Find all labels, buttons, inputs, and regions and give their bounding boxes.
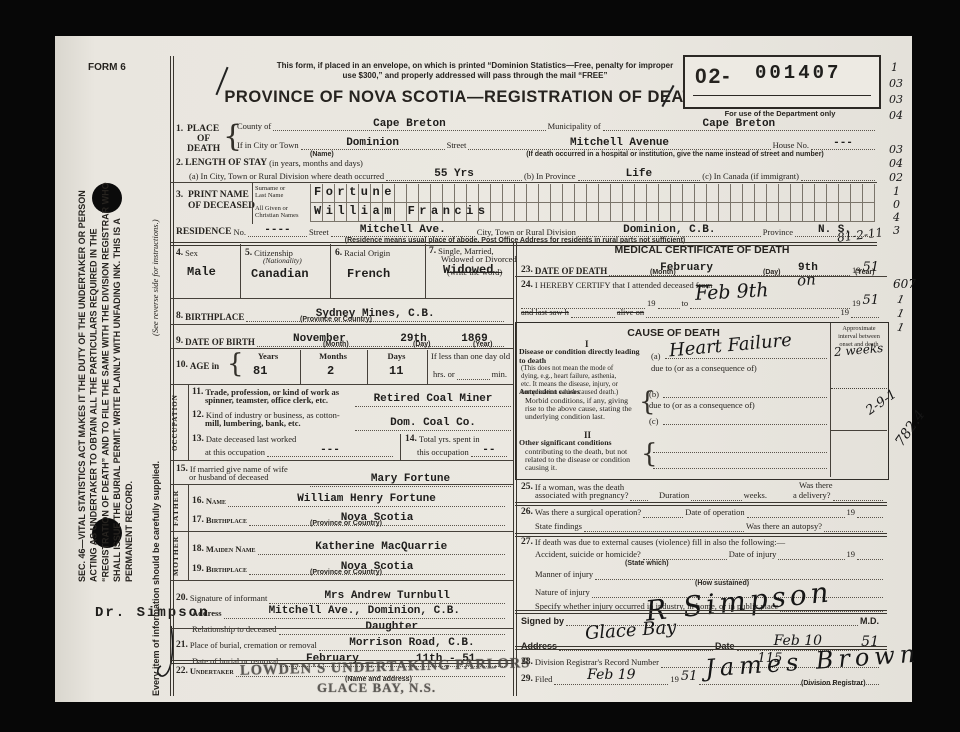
s27-intro-row: 27.If death was due to external causes (… [521, 537, 787, 548]
row-divider [170, 484, 513, 485]
serial-number: 001407 [755, 63, 841, 84]
mother-name-row: 18. Maiden Name Katherine MacQuarrie [192, 536, 507, 555]
certify-label: I HEREBY CERTIFY that I attended decease… [535, 281, 694, 291]
s1-number: 1. [176, 124, 183, 135]
row-divider [170, 324, 513, 325]
serial-box: 02- 001407 [683, 55, 881, 109]
s19-number: 19. [192, 564, 204, 575]
cell-divider [400, 434, 401, 460]
s11-number: 11. [192, 387, 203, 398]
residence-city-value: Dominion, C.B. [623, 224, 715, 236]
external-causes-intro: If death was due to external causes (vio… [535, 538, 785, 548]
s3-number: 3. [176, 190, 183, 201]
age-months-value: 2 [327, 365, 334, 378]
street-value: Mitchell Avenue [570, 137, 669, 149]
residence-no-label: No. [233, 228, 246, 238]
page-title: PROVINCE OF NOVA SCOTIA—REGISTRATION OF … [205, 88, 725, 106]
delivery-label: a delivery? [793, 491, 831, 501]
certify-to-date-handwritten: Feb 9th [694, 280, 769, 305]
racial-origin-label: Racial Origin [344, 249, 390, 259]
city-street-row: If in City or Town Dominion Street Mitch… [237, 137, 877, 150]
residence-street-label: Street [309, 228, 329, 238]
certificate-paper: FORM 6 This form, if placed in an envelo… [55, 36, 912, 702]
age-years-label: Years [237, 352, 299, 362]
house-no-value: --- [833, 137, 853, 149]
county-row: County of Cape Breton Municipality of Ca… [237, 118, 877, 131]
s23-number: 23. [521, 265, 533, 276]
age-days-value: 11 [389, 365, 403, 378]
age-cell-divider [300, 350, 301, 384]
last-saw-struck: and last saw h [521, 308, 569, 318]
total-years-value: -- [482, 444, 495, 456]
s18-number: 18. [192, 544, 204, 555]
residence-row: RESIDENCE No. ---- Street Mitchell Ave. … [176, 224, 876, 237]
cause-due-to-2: due to (or as a consequence of) [649, 401, 755, 411]
injury-year-prefix: 19 [847, 550, 856, 560]
s15-number: 15. [176, 464, 188, 475]
house-no-label: House No. [773, 141, 809, 151]
cause-b-line [663, 397, 827, 398]
s29-number: 29. [521, 674, 533, 685]
s12-number: 12. [192, 410, 204, 421]
occupation-vertical-label: OCCUPATION [172, 386, 187, 460]
scanned-death-certificate: { "common": { "yr19": "19", "month_cap":… [0, 0, 960, 732]
county-label: County of [237, 122, 271, 132]
cause-c-line [663, 424, 827, 425]
mother-divider [188, 531, 189, 580]
filed-year-value: 51 [681, 670, 698, 685]
margin-note: 04 [889, 110, 903, 122]
last-saw-row: and last saw h alive on 19 [521, 308, 881, 318]
s8-number: 8. [176, 311, 183, 322]
injury-date-label: Date of injury [729, 550, 777, 560]
row-divider [170, 348, 513, 349]
margin-note: 03 [889, 144, 903, 156]
s24-number: 24. [521, 280, 533, 291]
manner-label: Manner of injury [535, 570, 593, 580]
filed-date-value: Feb 19 [587, 667, 635, 683]
given-names-value: William Francis [314, 205, 490, 218]
mail-notice-line2: use $300,” and properly addressed will p… [230, 72, 720, 81]
residence-no-value: ---- [264, 224, 290, 236]
residence-label: RESIDENCE [176, 227, 231, 238]
state-which-caption: (State which) [625, 560, 669, 568]
last-worked-value: --- [320, 444, 340, 456]
mother-vertical-label: MOTHER [172, 534, 187, 578]
occupation-divider [188, 384, 189, 460]
other-line-2 [653, 468, 827, 469]
date-of-birth-label: DATE OF BIRTH [185, 337, 255, 347]
stay-a-label: (a) In City, Town or Rural Division wher… [189, 172, 384, 182]
father-name-row: 16. Name William Henry Fortune [192, 488, 507, 507]
s14-label-2: this occupation [417, 448, 469, 458]
findings-row: State findings Was there an autopsy? [535, 522, 885, 532]
s16-number: 16. [192, 496, 204, 507]
row-divider [170, 298, 513, 299]
s5-number: 5. [245, 248, 252, 259]
age-years-value: 81 [253, 365, 267, 378]
other-line-1 [653, 452, 827, 453]
autopsy-label: Was there an autopsy? [746, 522, 822, 532]
age-days-label: Days [369, 352, 424, 362]
s25-duration-row: Durationweeks. [659, 491, 769, 501]
form-left-border [170, 56, 174, 696]
certify-row: 24. I HEREBY CERTIFY that I attended dec… [521, 280, 714, 291]
s20-number: 20. [176, 593, 188, 604]
margin-note: 3 [893, 225, 900, 237]
row-divider [170, 580, 513, 581]
surname-sublabel-1: Surname or [255, 185, 285, 192]
age-less-label: If less than one day old [431, 352, 510, 362]
cause-b-label: (b) [649, 390, 659, 400]
alive-on-struck: alive on [617, 308, 644, 318]
citizenship-value: Canadian [251, 268, 309, 281]
accident-label: Accident, suicide or homicide? [535, 550, 641, 560]
s27-number: 27. [521, 537, 533, 548]
signed-by-row: Signed by M.D. [521, 616, 881, 626]
date-of-death-label: DATE OF DEATH [535, 266, 607, 276]
age-min-label: min. [492, 370, 507, 380]
s26-row: 26. Was there a surgical operation? Date… [521, 507, 885, 518]
residence-province-value: N. S. [818, 224, 851, 236]
marital-value: Widowed [443, 264, 493, 277]
father-birthplace-caption: (Province or Country) [310, 520, 382, 528]
medical-certificate-title: MEDICAL CERTIFICATE OF DEATH [517, 245, 887, 257]
interval-column-divider [830, 323, 831, 477]
cell-divider [330, 244, 331, 298]
s1-label-3: DEATH [187, 144, 220, 155]
name-box-top [170, 182, 877, 183]
age-label-cell: 10.AGE in [176, 360, 221, 371]
section-divider [515, 502, 887, 506]
s2-number: 2. [176, 158, 183, 169]
cell-divider [240, 244, 241, 298]
age-cell-divider [367, 350, 368, 384]
mail-notice-line1: This form, if placed in an envelope, on … [230, 62, 720, 71]
serial-prefix: 02- [695, 65, 731, 89]
father-birthplace-label: Birthplace [206, 516, 247, 526]
s25-number: 25. [521, 482, 533, 493]
operation-year-prefix: 19 [847, 508, 856, 518]
county-value: Cape Breton [373, 118, 446, 130]
citizenship-paren: (Nationality) [263, 257, 302, 265]
section-divider [515, 610, 887, 614]
margin-782-4: 782.4 [893, 408, 929, 450]
margin-note: 03 [889, 94, 903, 106]
s14-row2: this occupation-- [417, 444, 509, 457]
given-sublabel: All Given or Christian Names [255, 205, 299, 220]
s3-label-2: OF DECEASED [188, 201, 255, 212]
city-value: Dominion [346, 137, 399, 149]
form-number: FORM 6 [88, 62, 126, 73]
residence-province-label: Province [763, 228, 793, 238]
manner-row: Manner of injury [535, 570, 885, 580]
margin-note: 03 [889, 78, 903, 90]
s10-number: 10. [176, 360, 188, 371]
birthplace-label: BIRTHPLACE [185, 312, 244, 322]
age-cell-divider [427, 350, 428, 384]
surname-sublabel: Surname or Last Name [255, 185, 285, 200]
cause-a-label: (a) [651, 352, 660, 362]
s17-number: 17. [192, 515, 204, 526]
age-months-label: Months [302, 352, 364, 362]
s15-label-2: or husband of deceased [189, 473, 269, 483]
disease-label: Disease or condition directly leading to… [519, 348, 647, 365]
stay-b-label: (b) In Province [524, 172, 575, 182]
nature-label: Nature of injury [535, 588, 590, 598]
margin-see-reverse: (See reverse side for instructions.) [151, 166, 164, 336]
name-box-divider [252, 182, 253, 224]
serial-underline [693, 95, 871, 96]
father-name-value: William Henry Fortune [297, 493, 436, 505]
margin-stroke: 1 [896, 293, 905, 306]
s21-number: 21. [176, 640, 188, 651]
street-label: Street [447, 141, 467, 151]
signed-by-label: Signed by [521, 616, 564, 626]
birthplace-caption: (Province or Country) [300, 316, 372, 324]
father-divider [188, 484, 189, 531]
date-of-death-row: 23. DATE OF DEATH February 9th 19 51 [521, 257, 881, 276]
residence-street-value: Mitchell Ave. [360, 224, 446, 236]
given-sublabel-1: All Given or [255, 205, 299, 212]
margin-stroke: 1 [896, 307, 905, 320]
row-divider [170, 531, 513, 532]
filed-label: Filed [535, 675, 552, 685]
weeks-label: weeks. [744, 491, 767, 501]
mother-name-value: Katherine MacQuarrie [315, 541, 447, 553]
delivery-row: a delivery? [793, 491, 885, 501]
stay-a-value: 55 Yrs [434, 168, 474, 180]
industry-value: Dom. Coal Co. [390, 417, 476, 429]
s6-number: 6. [335, 248, 342, 259]
mother-birthplace-caption: (Province or Country) [310, 569, 382, 577]
cause-c-label: (c) [649, 417, 658, 427]
residence-city-label: City, Town or Rural Division [477, 228, 576, 238]
surname-sublabel-2: Last Name [255, 192, 285, 199]
municipality-value: Cape Breton [703, 118, 776, 130]
filed-year-prefix: 19 [670, 675, 679, 685]
age-label: AGE in [190, 361, 219, 371]
s14-number: 14. [405, 434, 417, 445]
s12-label-2: mill, lumbering, bank, etc. [205, 419, 301, 429]
s4-number: 4. [176, 248, 183, 259]
s11-label-2: spinner, teamster, office clerk, etc. [205, 396, 328, 406]
mother-name-label: Maiden Name [206, 545, 256, 555]
certify-on-handwritten: on [796, 271, 816, 289]
row-divider [515, 276, 887, 277]
operation-question: Was there a surgical operation? [535, 508, 641, 518]
division-registrar-caption: (Division Registrar) [801, 680, 866, 688]
age-hours-row: hrs. ormin. [433, 370, 509, 380]
row-divider [170, 384, 513, 385]
city-label: If in City or Town [237, 141, 299, 151]
s3-label-1: PRINT NAME [188, 190, 249, 201]
sex-cell: 4.Sex [176, 248, 200, 259]
margin-note: 1 [891, 62, 898, 74]
s13-number: 13. [192, 434, 204, 445]
row-divider [170, 460, 513, 461]
margin-note: 4 [893, 212, 900, 224]
other-3: causing it. [525, 464, 557, 473]
operation-date-label: Date of operation [685, 508, 744, 518]
last-saw-year-prefix: 19 [841, 308, 850, 318]
margin-note: 0 [893, 199, 900, 211]
certify-year-value: 51 [862, 294, 879, 309]
mother-birthplace-label: Birthplace [206, 565, 247, 575]
findings-label: State findings [535, 522, 582, 532]
father-name-label: Name [206, 497, 226, 507]
margin-607: 607 [893, 278, 916, 291]
duration-label: Duration [659, 491, 689, 501]
undertaker-stamp-line2: GLACE BAY, N.S. [317, 681, 436, 696]
given-sublabel-2: Christian Names [255, 212, 299, 219]
s13-label-2: at this occupation [205, 448, 265, 458]
racial-origin-value: French [347, 268, 390, 281]
cell-divider [425, 244, 426, 298]
margin-note: 04 [889, 158, 903, 170]
s26-number: 26. [521, 507, 533, 518]
age-hrs-label: hrs. or [433, 370, 455, 380]
s9-number: 9. [176, 336, 183, 347]
s7-number: 7. [429, 246, 436, 257]
stay-b-value: Life [626, 168, 652, 180]
interval-divider [831, 388, 887, 389]
stay-c-label: (c) In Canada (if immigrant) [702, 172, 799, 182]
s13-row2: at this occupation--- [205, 444, 395, 457]
margin-stroke: 1 [896, 321, 905, 334]
cause-due-to-1: due to (or as a consequence of) [651, 364, 757, 374]
interval-divider [831, 430, 887, 431]
margin-note: 1 [893, 186, 900, 198]
s25-row2: associated with pregnancy? [535, 491, 650, 501]
surname-value: Fortune [314, 186, 396, 199]
sex-value: Male [187, 266, 216, 279]
margin-note: 02 [889, 172, 903, 184]
municipality-label: Municipality of [548, 122, 601, 132]
antecedent-3: underlying condition last. [525, 413, 605, 422]
margin-sec46-notice: SEC. 46—VITAL STATISTICS ACT MAKES IT TH… [77, 168, 151, 582]
racial-origin-cell: 6.Racial Origin [335, 248, 392, 259]
father-vertical-label: FATHER [172, 486, 187, 530]
other-brace: { [641, 440, 658, 469]
s28-number: 28. [521, 657, 533, 668]
trade-value: Retired Coal Miner [374, 393, 493, 405]
sex-label: Sex [185, 249, 198, 259]
s25-label-2: associated with pregnancy? [535, 491, 628, 501]
length-of-stay-row: (a) In City, Town or Rural Division wher… [189, 168, 877, 181]
undertaker-label: Undertaker [190, 667, 234, 677]
s22-number: 22. [176, 666, 188, 677]
street-caption: (If death occurred in a hospital or inst… [475, 151, 875, 159]
accident-row: Accident, suicide or homicide? Date of i… [535, 550, 885, 560]
md-label: M.D. [860, 616, 879, 626]
row-divider [170, 628, 513, 629]
